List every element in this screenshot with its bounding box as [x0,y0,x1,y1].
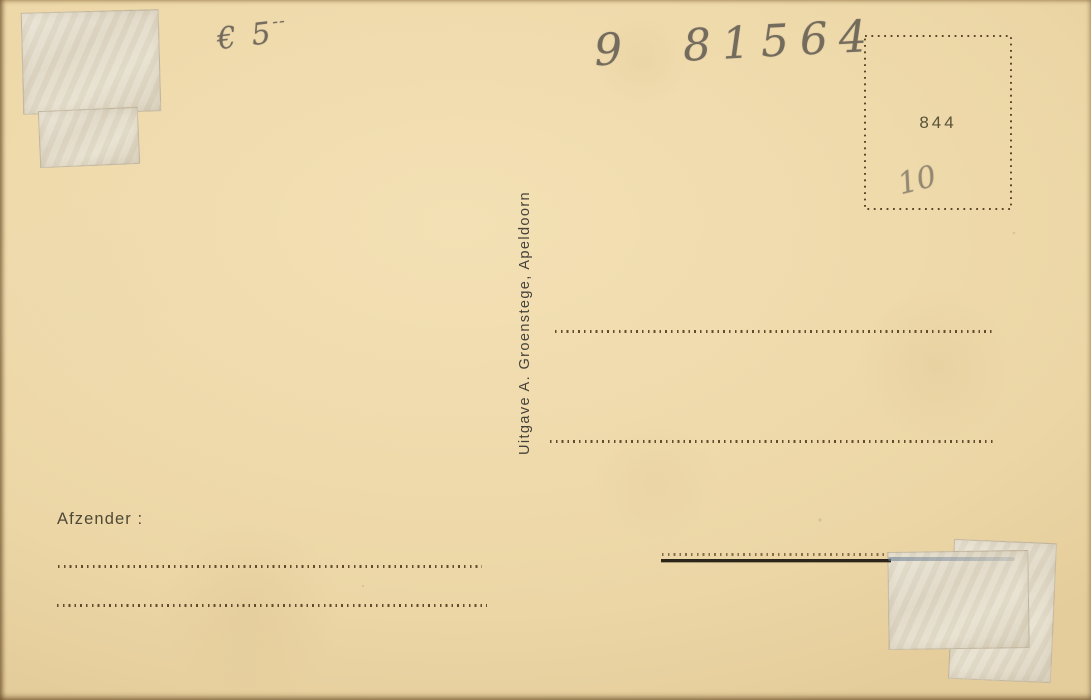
tape-remnant-top-left-upper [21,9,162,115]
sender-line-1 [58,565,482,568]
stamp-box: 844 10 [864,35,1012,210]
address-line-2 [550,440,995,443]
tape-remnant-top-left-lower [38,107,140,168]
address-line-1 [555,330,993,333]
blue-line-over-tape [888,557,1015,561]
sender-line-2 [57,604,487,607]
publisher-imprint: Uitgave A. Groenstege, Apeldoorn [517,173,535,473]
price-superscript: -- [271,11,287,32]
crossing-ink-line [661,559,891,562]
tape-remnant-bottom-right-front [887,550,1029,650]
stamp-box-number: 844 [919,113,956,133]
price-value: € 5 [215,15,276,57]
postcard-back: € 5-- 9 81564 844 10 Uitgave A. Groenste… [0,0,1091,700]
sender-label: Afzender : [57,510,143,529]
